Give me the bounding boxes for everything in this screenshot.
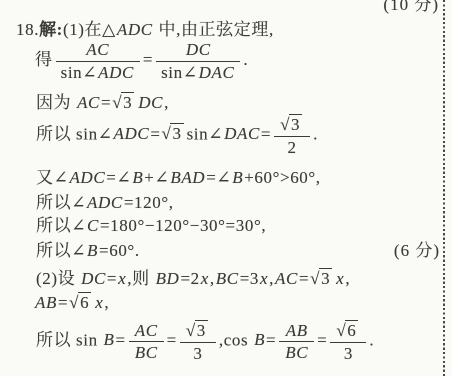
text-run: 3: [197, 321, 206, 340]
radicand: 3: [170, 123, 183, 144]
solution-line-4: 所以 sin∠ADC=√3sin∠DAC=√32.: [36, 114, 318, 157]
fraction-numerator: AC: [56, 40, 140, 62]
fraction-numerator: AC: [129, 321, 164, 343]
text-run: 中,由正弦定理,: [154, 20, 274, 39]
math-variable: x: [259, 269, 269, 288]
radicand: 3: [195, 320, 208, 341]
solution-line-10: AB=√6x,: [34, 292, 109, 313]
math-variable: AC: [85, 40, 110, 59]
square-root: √3: [112, 92, 134, 113]
text-run: =∠: [206, 168, 231, 187]
math-variable: ADC: [86, 193, 124, 212]
text-run: ,cos: [219, 330, 253, 349]
math-variable: BC: [215, 269, 240, 288]
text-run: =120°,: [124, 193, 174, 212]
text-run: =60°.: [99, 241, 140, 260]
math-variable: x: [117, 269, 127, 288]
fraction-denominator: 3: [330, 343, 366, 364]
math-variable: ADC: [97, 63, 135, 82]
text-run: =: [261, 124, 271, 143]
square-root: √3: [162, 123, 184, 144]
solution-line-1: 18.解:(1)在△ADC 中,由正弦定理,: [16, 15, 274, 40]
fraction-denominator: sin∠ADC: [56, 62, 140, 83]
text-run: =: [58, 293, 68, 312]
math-variable: ADC: [68, 168, 106, 187]
fraction: DCsin∠DAC: [156, 40, 240, 82]
math-variable: DAC: [223, 124, 261, 143]
text-run: (1)在△: [63, 20, 116, 39]
math-variable: AC: [76, 93, 101, 112]
solution-line-2: 得ACsin∠ADC=DCsin∠DAC.: [35, 40, 248, 82]
math-variable: BD: [155, 269, 181, 288]
fraction: ACBC: [129, 321, 164, 363]
text-run: 3: [172, 124, 181, 143]
text-run: 3: [321, 269, 330, 288]
text-run: =: [150, 124, 160, 143]
text-run: =: [299, 269, 309, 288]
text-run: =: [143, 50, 153, 69]
text-run: =: [266, 330, 276, 349]
text-run: sin∠: [187, 124, 223, 143]
fraction-numerator: AB: [279, 321, 314, 343]
text-run: =: [101, 93, 111, 112]
math-variable: AB: [34, 293, 58, 312]
square-root: √3: [280, 114, 302, 135]
fraction-denominator: 2: [274, 137, 310, 158]
square-root: √6: [336, 320, 358, 341]
math-variable: B: [231, 168, 244, 187]
math-variable: B: [103, 330, 116, 349]
text-run: 6: [80, 293, 89, 312]
square-root: √3: [310, 268, 332, 289]
text-run: =180°−120°−30°=30°,: [100, 216, 266, 235]
bold-text: 解:: [39, 20, 63, 39]
scanned-solution-page: (10 分) 18.解:(1)在△ADC 中,由正弦定理, 得ACsin∠ADC…: [0, 0, 452, 376]
text-run: ,: [104, 293, 109, 312]
text-run: =: [107, 269, 117, 288]
math-variable: DC: [80, 269, 107, 288]
math-variable: DAC: [198, 63, 236, 82]
math-variable: B: [86, 241, 99, 260]
fraction-numerator: DC: [156, 40, 240, 62]
solution-line-8: 所以∠B=60°.: [36, 236, 140, 261]
fraction-denominator: 3: [180, 343, 216, 364]
math-variable: AC: [134, 321, 159, 340]
text-run: .: [243, 50, 248, 69]
math-variable: B: [131, 168, 144, 187]
text-run: (2)设: [36, 269, 80, 288]
fraction: √32: [274, 114, 310, 157]
fraction-numerator: √6: [330, 320, 366, 343]
text-run: ,: [345, 269, 350, 288]
math-variable: BAD: [169, 168, 206, 187]
text-run: 3: [344, 344, 353, 363]
text-run: =∠: [106, 168, 131, 187]
text-run: 3: [193, 344, 202, 363]
solution-line-6: 所以∠ADC=120°,: [36, 188, 174, 213]
solution-line-5: 又∠ADC=∠B+∠BAD=∠B+60°>60°,: [36, 163, 321, 188]
math-variable: BC: [284, 343, 309, 362]
math-variable: ADC: [113, 124, 151, 143]
text-run: 所以 sin∠: [36, 124, 113, 143]
text-run: ,则: [127, 269, 154, 288]
radicand: 6: [78, 292, 91, 313]
fraction-denominator: BC: [129, 342, 164, 363]
solution-line-7: 所以∠C=180°−120°−30°=30°,: [36, 211, 266, 236]
text-run: =3: [240, 269, 259, 288]
text-run: 因为: [36, 93, 76, 112]
marks-badge-question-total: (10 分): [383, 0, 439, 15]
text-run: 又∠: [36, 168, 68, 187]
math-variable: BC: [134, 343, 159, 362]
text-run: =: [167, 330, 177, 349]
text-run: 3: [123, 93, 132, 112]
math-variable: AC: [274, 269, 299, 288]
math-variable: DC: [137, 93, 164, 112]
text-run: 所以 sin: [36, 330, 103, 349]
page-edge-dotted-line: [443, 0, 446, 376]
math-variable: B: [253, 330, 266, 349]
text-run: 3: [291, 115, 300, 134]
math-variable: AB: [285, 321, 309, 340]
text-run: =2: [180, 269, 199, 288]
text-run: .: [313, 124, 318, 143]
math-variable: DC: [185, 40, 212, 59]
fraction-numerator: √3: [274, 114, 310, 137]
square-root: √6: [69, 292, 91, 313]
text-run: sin∠: [61, 63, 97, 82]
text-run: +∠: [144, 168, 169, 187]
text-run: ,: [164, 93, 169, 112]
math-variable: C: [86, 216, 100, 235]
fraction-denominator: BC: [279, 342, 314, 363]
math-variable: ADC: [116, 20, 154, 39]
text-run: =: [317, 330, 327, 349]
square-root: √3: [186, 320, 208, 341]
text-run: 2: [288, 138, 297, 157]
radicand: 3: [319, 268, 332, 289]
math-variable: x: [200, 269, 210, 288]
fraction-numerator: √3: [180, 320, 216, 343]
text-run: 所以∠: [36, 193, 86, 212]
fraction: √63: [330, 320, 366, 363]
math-variable: x: [94, 293, 104, 312]
fraction-denominator: sin∠DAC: [156, 62, 240, 83]
text-run: 6: [347, 321, 356, 340]
marks-badge-part1: (6 分): [394, 236, 440, 261]
solution-line-11: 所以 sin B=ACBC=√33,cos B=ABBC=√63.: [36, 320, 374, 363]
fraction: ABBC: [279, 321, 314, 363]
text-run: 得: [35, 50, 53, 69]
text-run: =: [116, 330, 126, 349]
radicand: 6: [345, 320, 358, 341]
fraction: √33: [180, 320, 216, 363]
text-run: 18.: [16, 20, 39, 39]
radicand: 3: [121, 92, 134, 113]
text-run: 所以∠: [36, 216, 86, 235]
solution-line-9: (2)设 DC=x,则 BD=2x,BC=3x,AC=√3x,: [36, 264, 350, 289]
fraction: ACsin∠ADC: [56, 40, 140, 82]
radicand: 3: [289, 114, 302, 135]
text-run: .: [369, 330, 374, 349]
text-run: +60°>60°,: [244, 168, 320, 187]
solution-line-3: 因为 AC=√3DC,: [36, 88, 169, 113]
math-variable: x: [335, 269, 345, 288]
text-run: sin∠: [161, 63, 197, 82]
text-run: 所以∠: [36, 241, 86, 260]
